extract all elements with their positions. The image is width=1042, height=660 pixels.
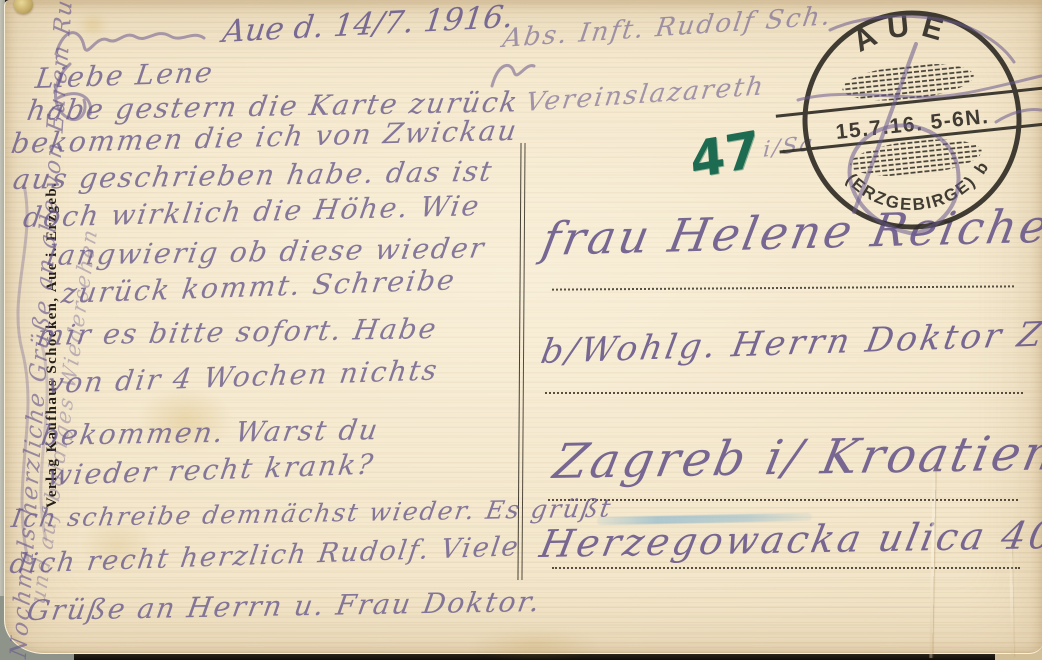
ink-scribble-over-stamp xyxy=(830,16,1014,62)
ink-scribble-over-stamp xyxy=(854,44,916,212)
ink-flourish-top-left xyxy=(56,33,204,54)
ink-flourish-margin xyxy=(41,345,47,540)
ink-scribble-overlay xyxy=(0,0,1042,660)
ink-scribble-over-stamp xyxy=(996,110,1041,123)
ink-flourish-top-left xyxy=(55,64,90,120)
postcard-scan: Verlag Kaufhaus Schocken, Aue i. Erzgeb.… xyxy=(0,0,1042,660)
ink-flourish-sender xyxy=(492,65,534,86)
ink-scribble-over-stamp xyxy=(798,76,1041,100)
ink-flourish-margin xyxy=(18,185,28,560)
